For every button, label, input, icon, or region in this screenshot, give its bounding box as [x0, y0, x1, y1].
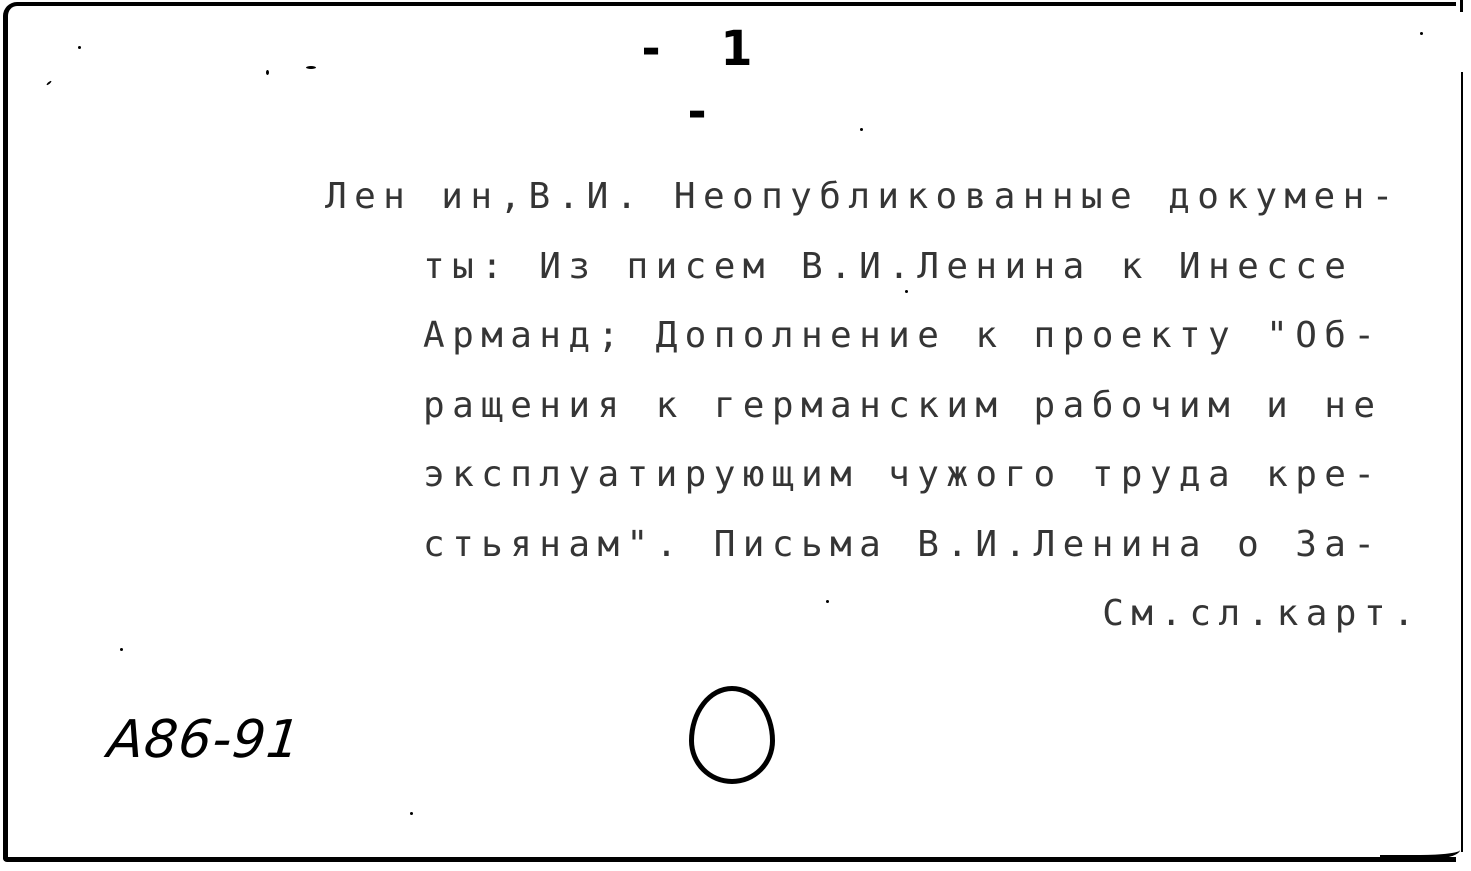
- scan-speck: [78, 46, 81, 49]
- scan-speck: [266, 70, 269, 75]
- page-marker: - 1 -: [628, 17, 788, 80]
- scan-speck: [1420, 32, 1423, 35]
- entry-line: ты: Из писем В.И.Ленина к Инессе: [325, 232, 1430, 302]
- entry-line: Арманд; Дополнение к проекту "Об-: [325, 301, 1430, 371]
- entry-line: стьянам". Письма В.И.Ленина о За-: [325, 510, 1430, 580]
- entry-line: ращения к германским рабочим и не: [325, 371, 1430, 441]
- scan-speck: [120, 648, 123, 651]
- card-right-edge-top: [1460, 0, 1463, 12]
- scan-speck: [905, 290, 908, 293]
- bibliographic-entry: Лен ин,В.И. Неопубликованные докумен- ты…: [325, 162, 1430, 649]
- card-right-edge: [1461, 72, 1463, 852]
- handwritten-shelfmark: A86-91: [104, 700, 305, 780]
- scan-speck: [306, 66, 316, 69]
- scan-speck: [826, 600, 829, 603]
- see-next-card-note: См.сл.карт.: [325, 579, 1430, 649]
- entry-line: эксплуатирующим чужого труда кре-: [325, 440, 1430, 510]
- scan-speck: [410, 812, 413, 815]
- scan-speck: [860, 128, 863, 131]
- punch-hole-icon: [689, 686, 775, 784]
- entry-line: Лен ин,В.И. Неопубликованные докумен-: [325, 162, 1430, 232]
